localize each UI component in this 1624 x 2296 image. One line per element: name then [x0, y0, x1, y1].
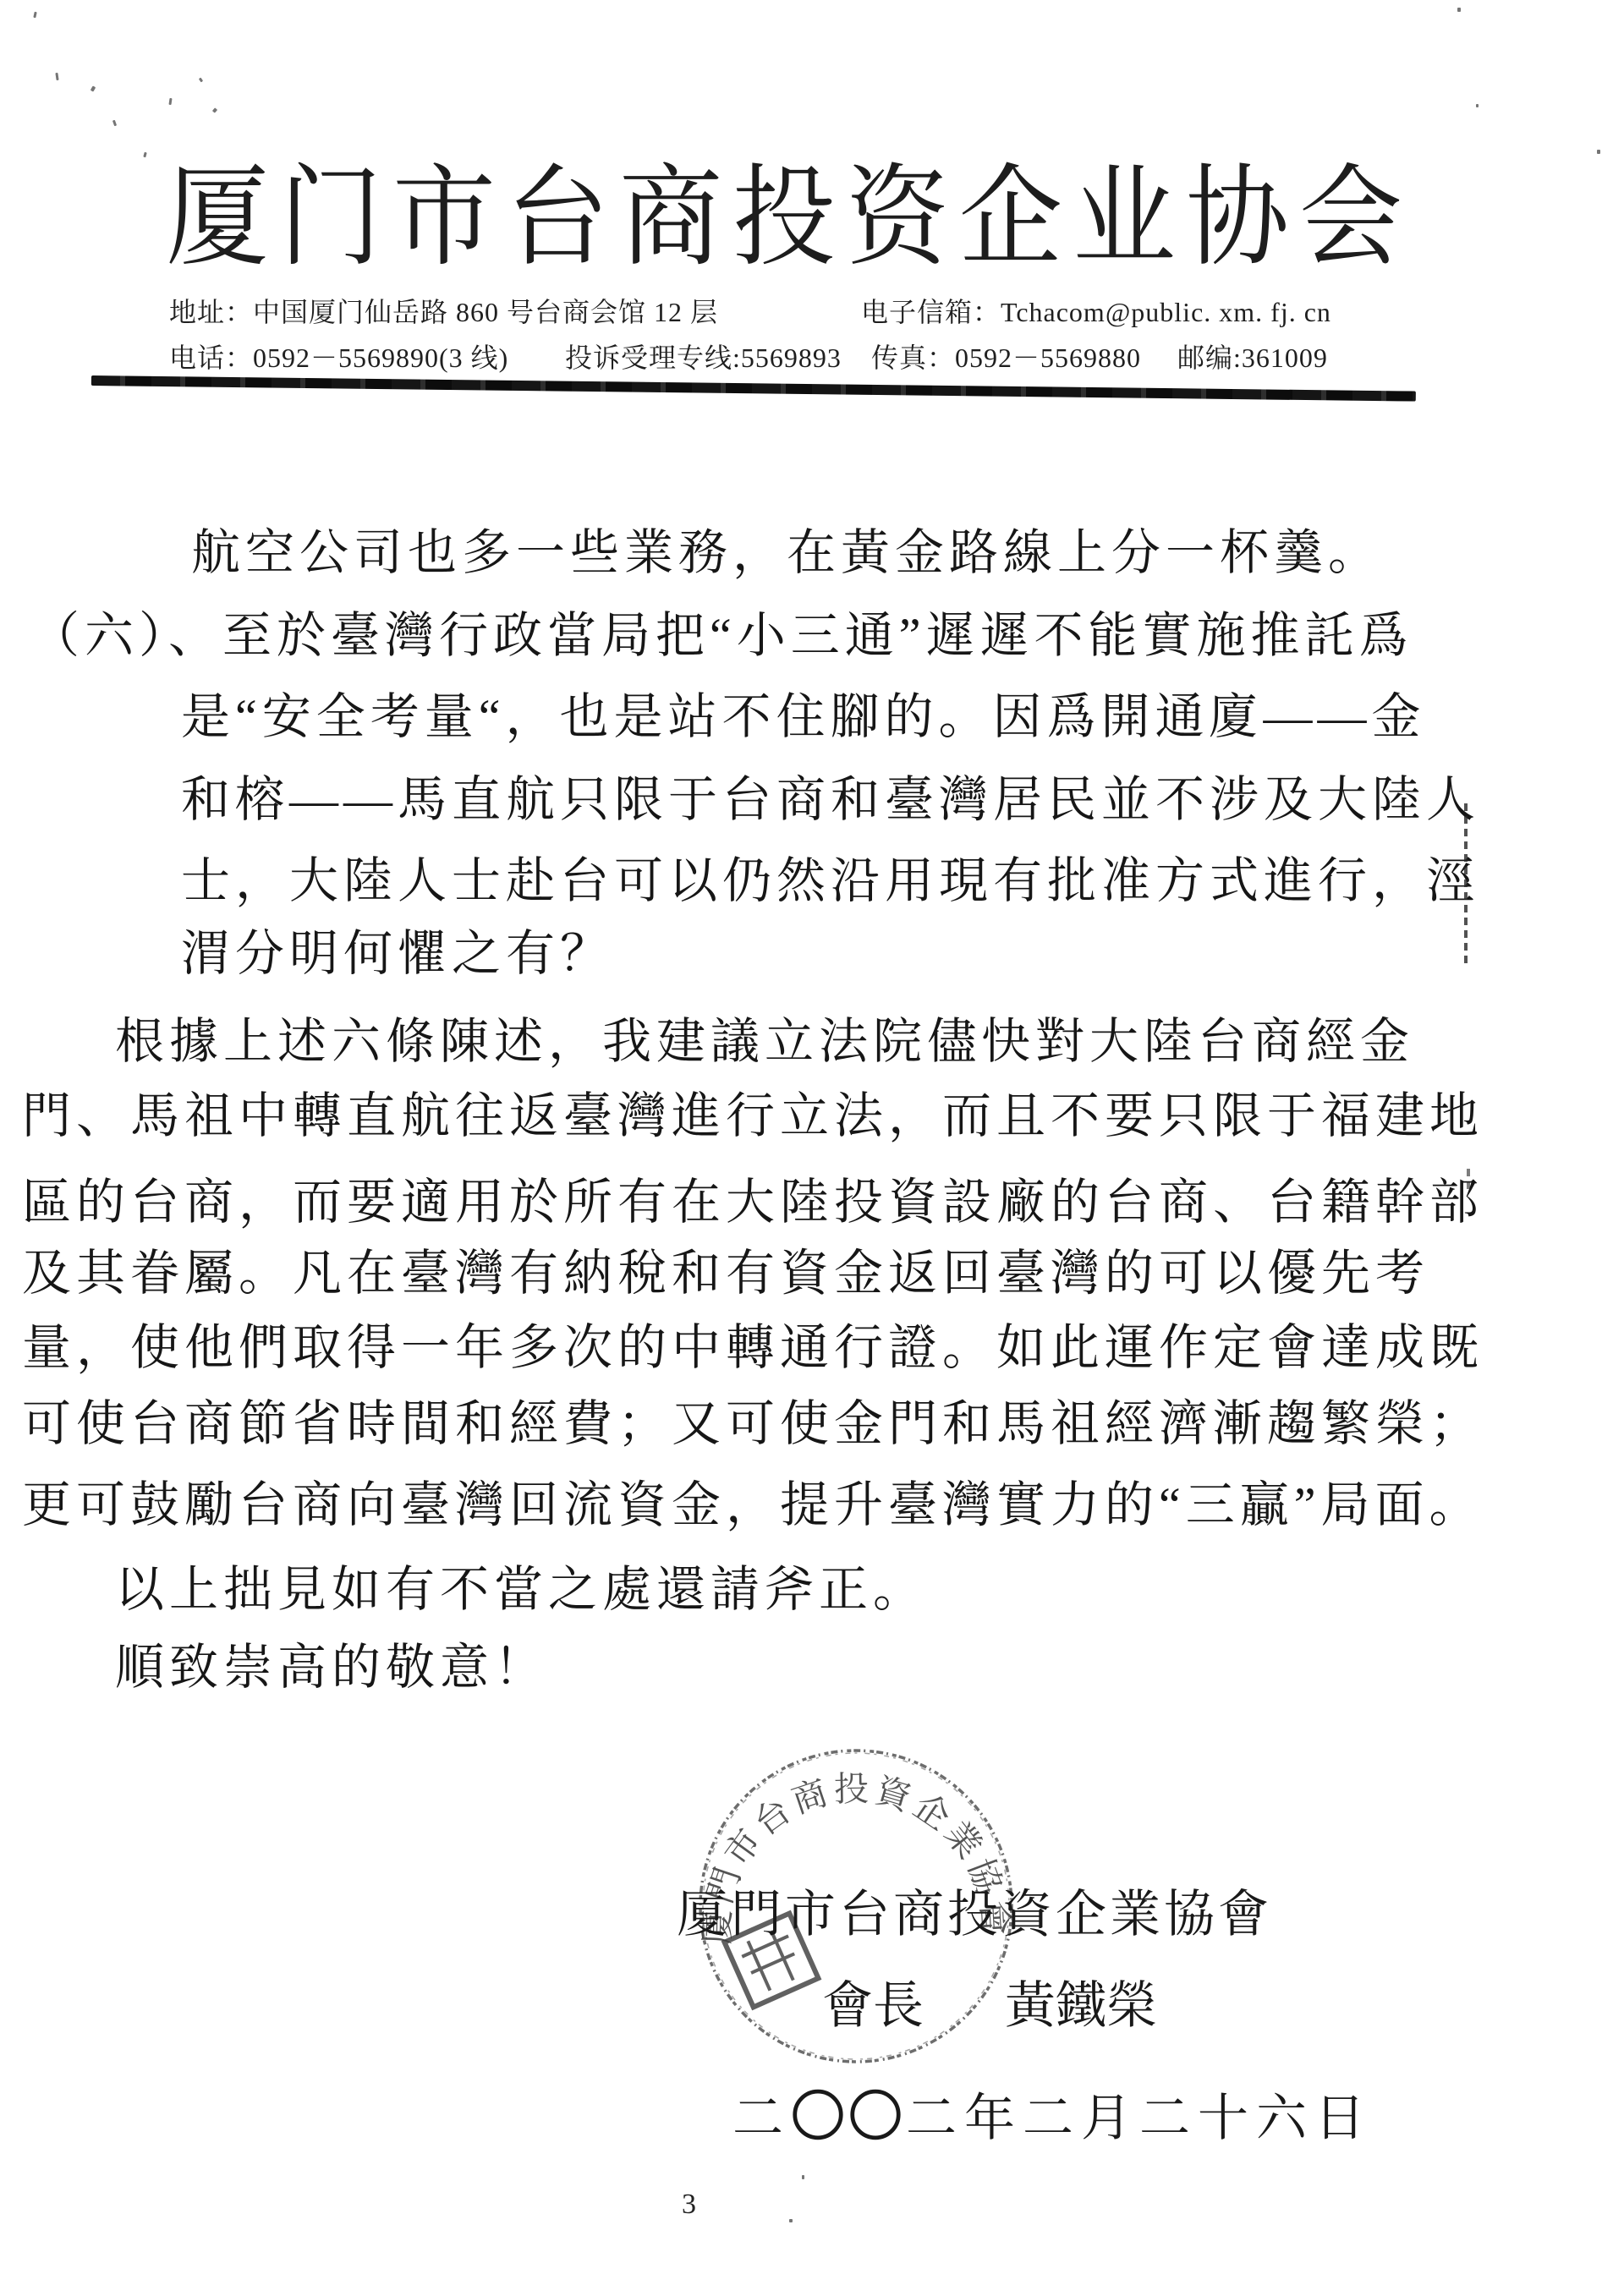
body-line: 士，大陸人士赴台可以仍然沿用現有批准方式進行，涇: [181, 841, 1480, 912]
postal-code: 邮编:361009: [1177, 337, 1328, 375]
signature-title: 會長: [822, 1978, 924, 2034]
scan-speck: [91, 85, 96, 91]
scan-speck: [168, 98, 172, 105]
body-line: 順致崇高的敬意！: [115, 1627, 548, 1698]
body-line: 門、馬祖中轉直航往返臺灣進行立法，而且不要只限于福建地: [22, 1076, 1484, 1147]
scan-speck: [212, 107, 217, 112]
body-line: 更可鼓勵台商向臺灣回流資金，提升臺灣實力的“三贏”局面。: [22, 1465, 1484, 1536]
scan-speck: [199, 78, 203, 83]
email-line: 电子信箱：Tchacom@public. xm. fj. cn: [861, 291, 1331, 330]
org-letterhead-title: 厦门市台商投资企业协会: [166, 129, 1413, 287]
body-line: 航空公司也多一些業務，在黃金路線上分一杯羹。: [191, 512, 1382, 584]
scan-speck: [33, 12, 36, 18]
body-line: 區的台商，而要適用於所有在大陸投資設廠的台商、台籍幹部: [22, 1162, 1484, 1233]
complaint-hotline: 投诉受理专线:5569893: [565, 337, 842, 375]
scan-artifact-line: [1464, 803, 1468, 966]
address-line: 地址：中国厦门仙岳路 860 号台商会馆 12 层: [169, 291, 718, 330]
body-line: 及其眷屬。凡在臺灣有納稅和有資金返回臺灣的可以優先考: [22, 1233, 1429, 1304]
scan-speck: [1476, 104, 1479, 107]
scan-speck: [55, 73, 58, 80]
scan-speck: [789, 2219, 793, 2222]
phone-number: 电话：0592－5569890(3 线): [169, 337, 508, 375]
date-zeros: 〇〇: [791, 2087, 906, 2147]
body-line: 是“安全考量“，也是站不住腳的。因爲開通廈——金: [181, 677, 1426, 748]
scan-artifact-line: [1467, 1169, 1470, 1194]
signature-date: 二〇〇二年二月二十六日: [732, 2074, 1373, 2151]
signature-org-name: 厦門市台商投資企業協會: [677, 1874, 1272, 1947]
body-line: 可使台商節省時間和經費；又可使金門和馬祖經濟漸趨繁榮；: [22, 1384, 1484, 1455]
body-line: 渭分明何懼之有？: [181, 913, 614, 984]
signature-name: 黃鐵榮: [1005, 1978, 1157, 2034]
date-part: 二: [732, 2091, 791, 2146]
scan-speck: [802, 2175, 804, 2179]
body-line: （六）、至於臺灣行政當局把“小三通”遲遲不能實施推託爲: [30, 595, 1413, 666]
scan-speck: [1457, 8, 1461, 12]
page-number: 3: [682, 2189, 696, 2221]
header-divider: [91, 375, 1416, 402]
signature-line: 會長黃鐵榮: [822, 1965, 1157, 2038]
body-line: 根據上述六條陳述，我建議立法院儘快對大陸台商經金: [115, 1001, 1414, 1072]
scan-speck: [143, 152, 146, 158]
fax-number: 传真：0592－5569880: [871, 337, 1141, 375]
body-line: 量，使他們取得一年多次的中轉通行證。如此運作定會達成既: [22, 1307, 1484, 1378]
scan-speck: [112, 120, 117, 127]
date-part: 二年二月二十六日: [906, 2091, 1373, 2146]
body-line: 以上拙見如有不當之處還請斧正。: [115, 1549, 927, 1620]
document-page: { "letterhead": { "org_title": "厦门市台商投资企…: [0, 0, 1624, 2296]
body-line: 和榕——馬直航只限于台商和臺灣居民並不涉及大陸人: [181, 759, 1480, 830]
scan-speck: [1597, 150, 1600, 154]
